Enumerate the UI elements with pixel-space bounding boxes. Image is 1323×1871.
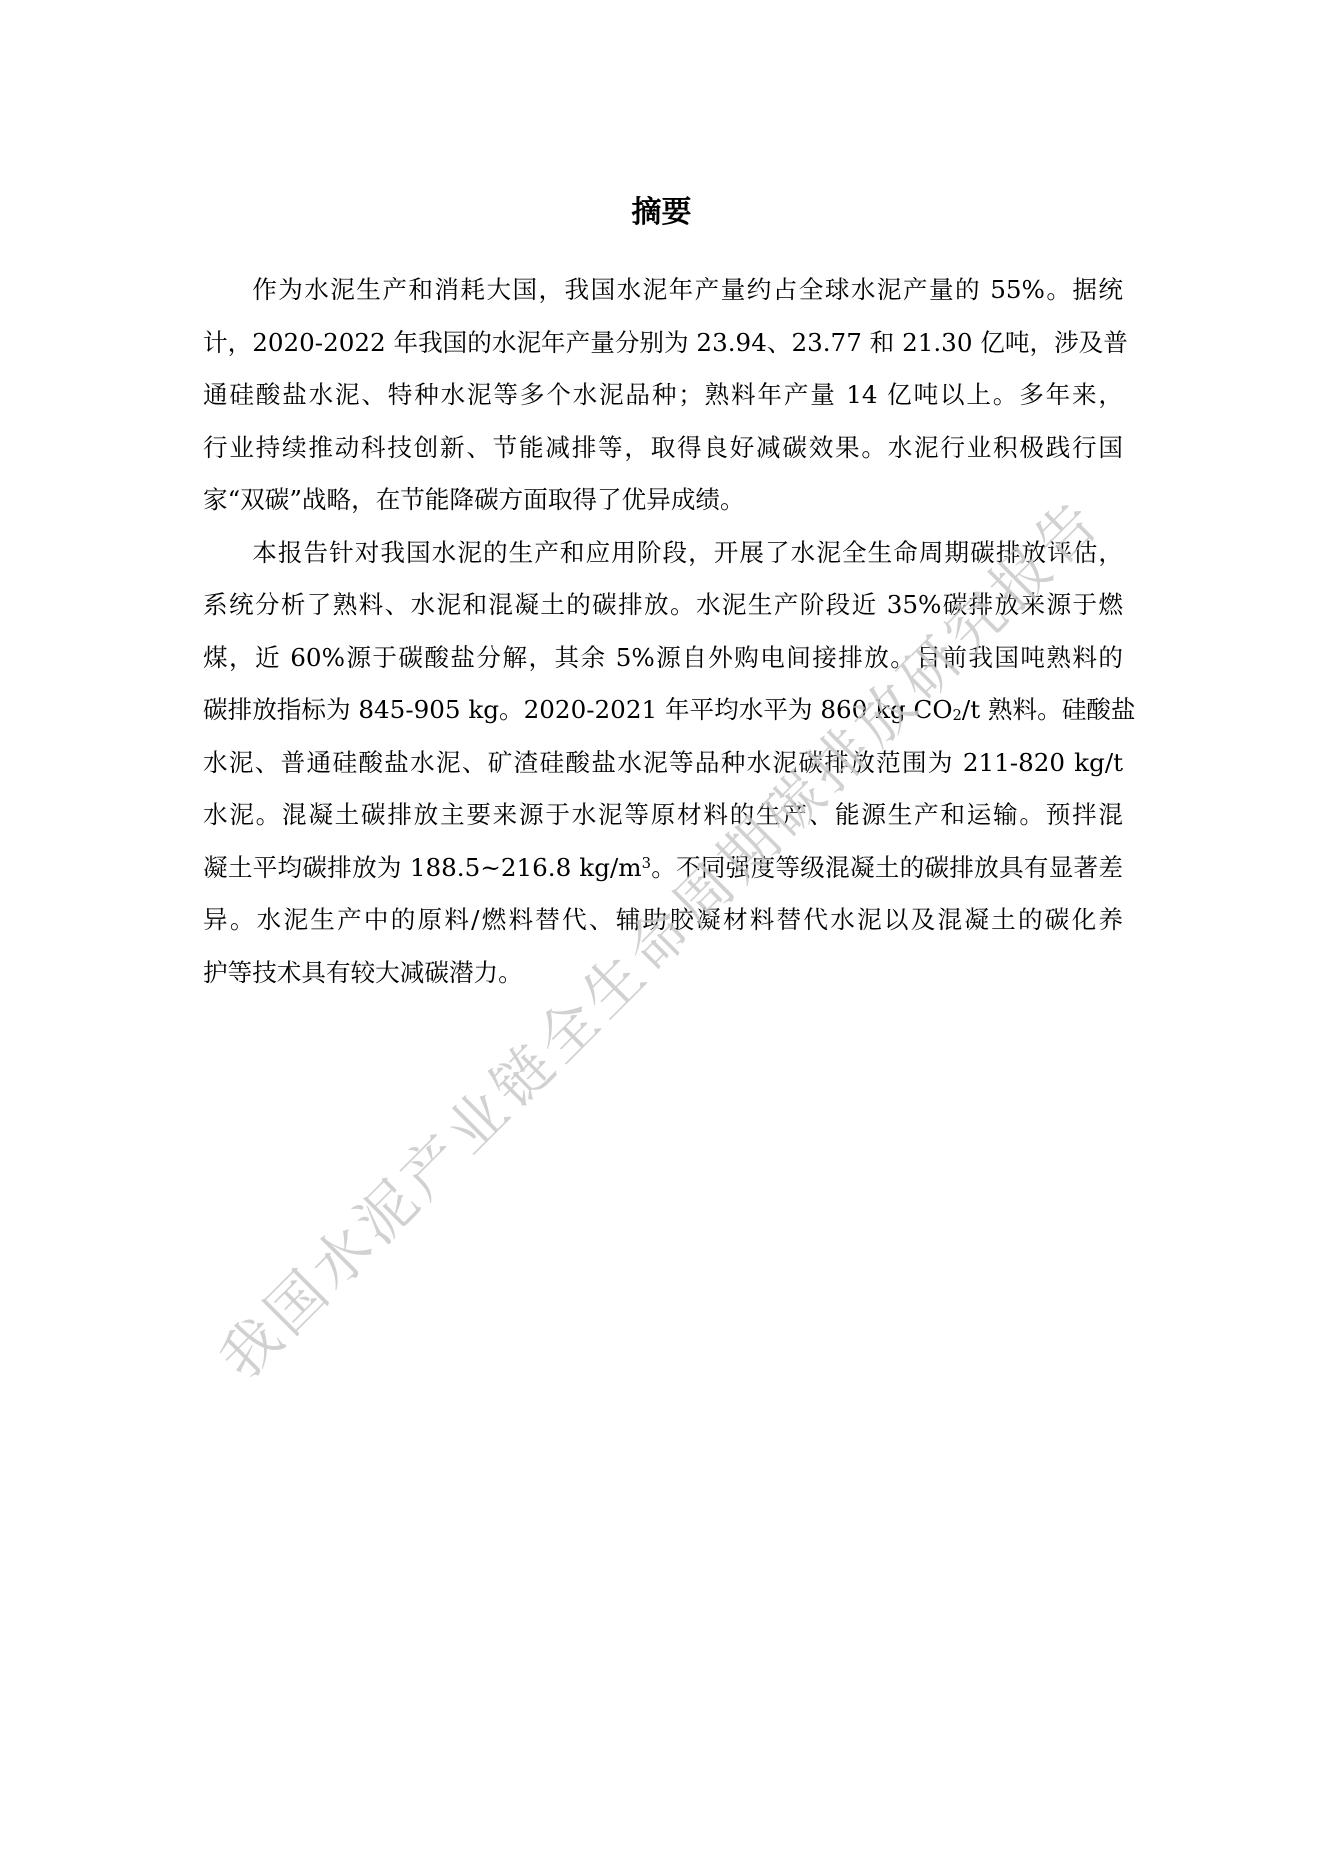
text-line-m3: 凝土平均碳排放为 188.5~216.8 kg/m3。不同强度等级混凝土的碳排放… (203, 842, 1123, 895)
text-line: 作为水泥生产和消耗大国，我国水泥年产量约占全球水泥产量的 55%。据统 (203, 264, 1123, 317)
text-line: 系统分析了熟料、水泥和混凝土的碳排放。水泥生产阶段近 35%碳排放来源于燃 (203, 579, 1123, 632)
text-line: 异。水泥生产中的原料/燃料替代、辅助胶凝材料替代水泥以及混凝土的碳化养 (203, 894, 1123, 947)
text-line: 水泥。混凝土碳排放主要来源于水泥等原材料的生产、能源生产和运输。预拌混 (203, 789, 1123, 842)
text-line: 通硅酸盐水泥、特种水泥等多个水泥品种；熟料年产量 14 亿吨以上。多年来， (203, 369, 1123, 422)
paragraph-1: 作为水泥生产和消耗大国，我国水泥年产量约占全球水泥产量的 55%。据统 计，20… (203, 264, 1123, 527)
text-line: 护等技术具有较大减碳潜力。 (203, 947, 1123, 1000)
subscript: 2 (953, 707, 962, 724)
superscript: 3 (642, 854, 651, 871)
text-line: 家“双碳”战略，在节能降碳方面取得了优异成绩。 (203, 474, 1123, 527)
text-line-co2: 碳排放指标为 845-905 kg。2020-2021 年平均水平为 860 k… (203, 684, 1123, 737)
paragraph-2: 本报告针对我国水泥的生产和应用阶段，开展了水泥全生命周期碳排放评估， 系统分析了… (203, 527, 1123, 1000)
text-segment: /t 熟料。硅酸盐 (962, 695, 1136, 724)
text-line: 计，2020-2022 年我国的水泥年产量分别为 23.94、23.77 和 2… (203, 317, 1123, 370)
text-segment: 碳排放指标为 845-905 kg。2020-2021 年平均水平为 860 k… (203, 695, 953, 724)
text-line: 水泥、普通硅酸盐水泥、矿渣硅酸盐水泥等品种水泥碳排放范围为 211-820 kg… (203, 737, 1123, 790)
text-line: 行业持续推动科技创新、节能减排等，取得良好减碳效果。水泥行业积极践行国 (203, 422, 1123, 475)
abstract-body: 作为水泥生产和消耗大国，我国水泥年产量约占全球水泥产量的 55%。据统 计，20… (203, 264, 1123, 999)
text-line: 本报告针对我国水泥的生产和应用阶段，开展了水泥全生命周期碳排放评估， (203, 527, 1123, 580)
text-line: 煤，近 60%源于碳酸盐分解，其余 5%源自外购电间接排放。目前我国吨熟料的 (203, 632, 1123, 685)
page-title: 摘要 (0, 193, 1323, 233)
text-segment: 。不同强度等级混凝土的碳排放具有显著差 (651, 853, 1123, 882)
text-segment: 凝土平均碳排放为 188.5~216.8 kg/m (203, 853, 642, 882)
